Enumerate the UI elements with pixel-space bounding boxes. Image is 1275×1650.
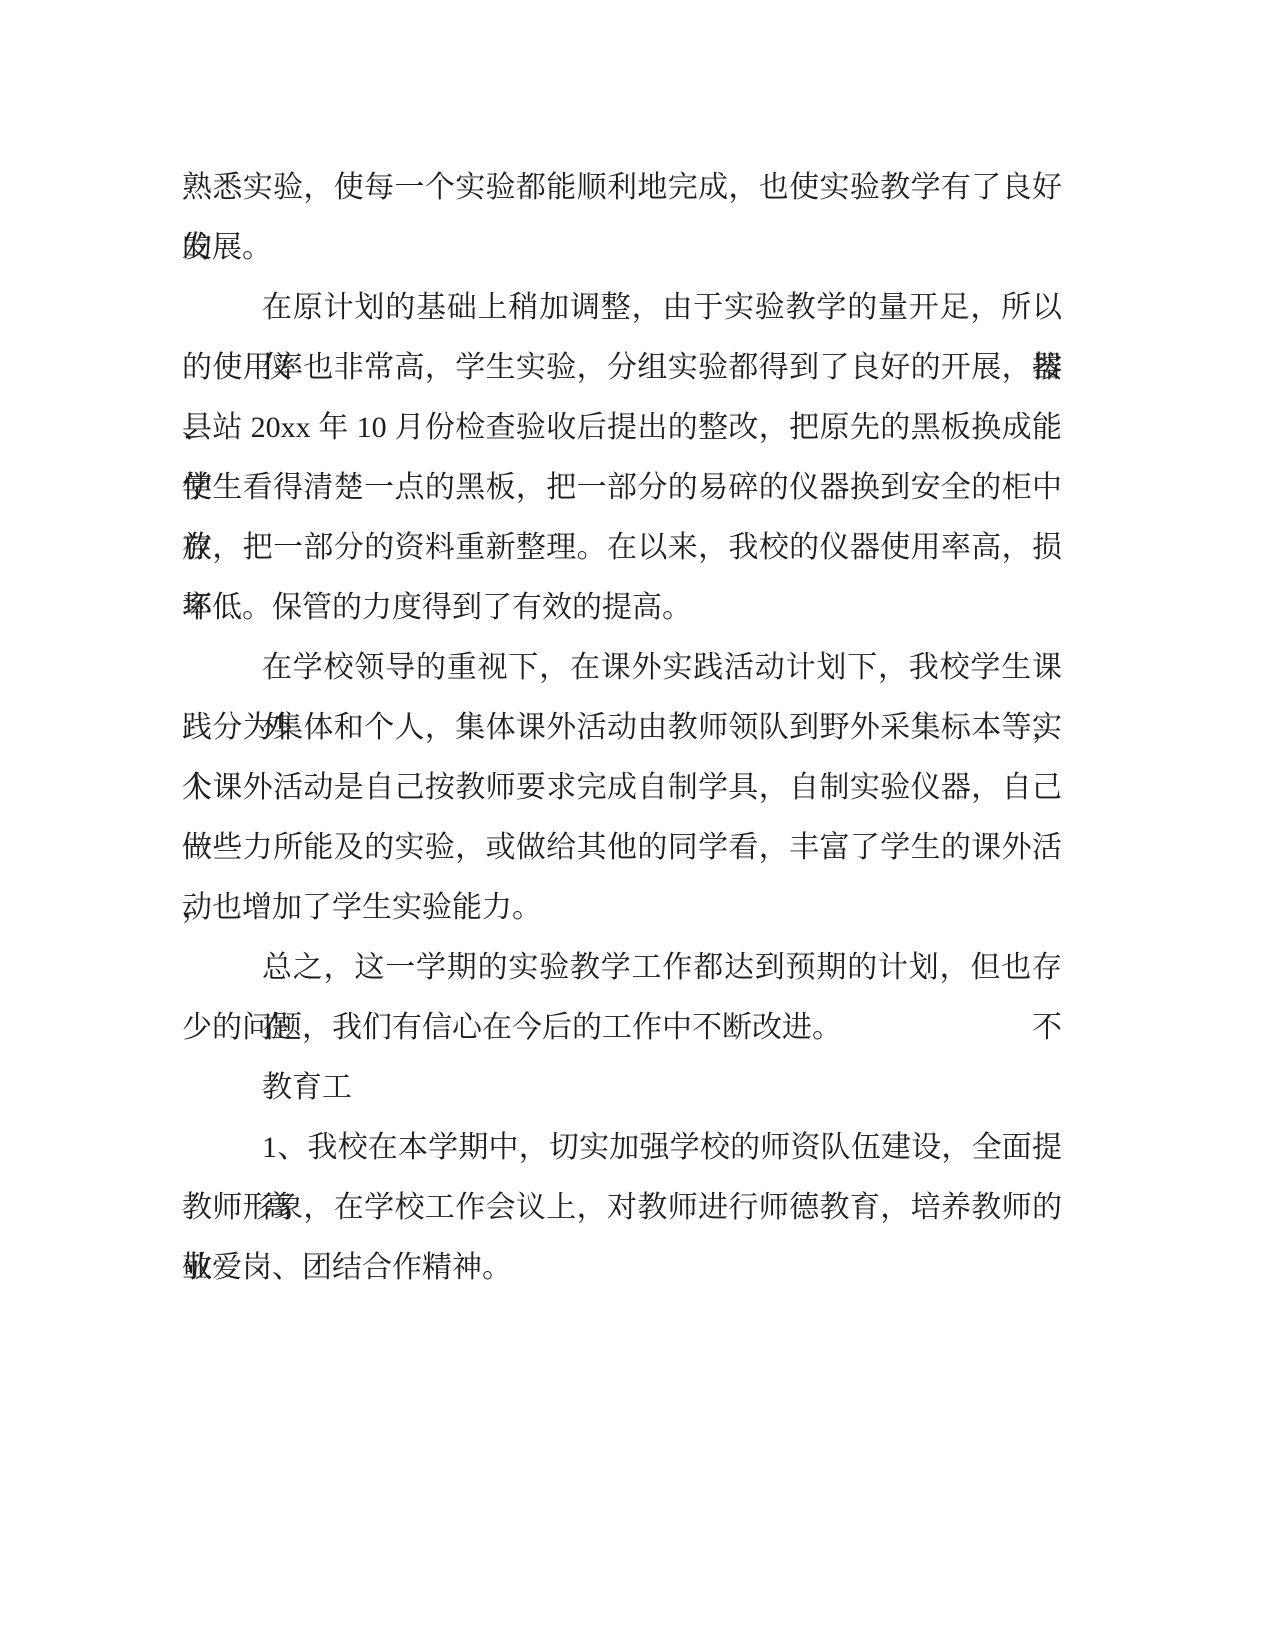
- text-line: 一些力所能及的实验，或做给其他的同学看，丰富了学生的课外活动: [182, 818, 1062, 878]
- text-line: 业爱岗、团结合作精神。: [182, 1238, 1062, 1298]
- text-line: 发展。: [182, 218, 1062, 278]
- document-body: 熟悉实验，使每一个实验都能顺利地完成，也使实验教学有了良好的发展。在原计划的基础…: [182, 158, 1062, 1298]
- text-line: 教育工: [182, 1058, 1062, 1118]
- text-line: 在学校领导的重视下，在课外实践活动计划下，我校学生课外实: [182, 638, 1062, 698]
- text-line: 1、我校在本学期中，切实加强学校的师资队伍建设，全面提高: [182, 1118, 1062, 1178]
- text-line: 践分为集体和个人，集体课外活动由教师领队到野外采集标本等，个: [182, 698, 1062, 758]
- text-line: 教师形象，在学校工作会议上，对教师进行师德教育，培养教师的敬: [182, 1178, 1062, 1238]
- text-line: 的使用率也非常高，学生实验，分组实验都得到了良好的开展，按县: [182, 338, 1062, 398]
- text-line: 在原计划的基础上稍加调整，由于实验教学的量开足，所以仪器: [182, 278, 1062, 338]
- text-line: 放，把一部分的资料重新整理。在以来，我校的仪器使用率高，损坏: [182, 518, 1062, 578]
- text-line: 、站 20xx 年 10 月份检查验收后提出的整改，把原先的黑板换成能使: [182, 398, 1062, 458]
- document-page: 熟悉实验，使每一个实验都能顺利地完成，也使实验教学有了良好的发展。在原计划的基础…: [0, 0, 1275, 1650]
- text-line: 率低。保管的力度得到了有效的提高。: [182, 578, 1062, 638]
- text-line: 总之，这一学期的实验教学工作都达到预期的计划，但也存在不: [182, 938, 1062, 998]
- text-line: 熟悉实验，使每一个实验都能顺利地完成，也使实验教学有了良好的: [182, 158, 1062, 218]
- text-line: 学生看得清楚一点的黑板，把一部分的易碎的仪器换到安全的柜中存: [182, 458, 1062, 518]
- text-line: 人课外活动是自己按教师要求完成自制学具，自制实验仪器，自己做: [182, 758, 1062, 818]
- text-line: ，也增加了学生实验能力。: [182, 878, 1062, 938]
